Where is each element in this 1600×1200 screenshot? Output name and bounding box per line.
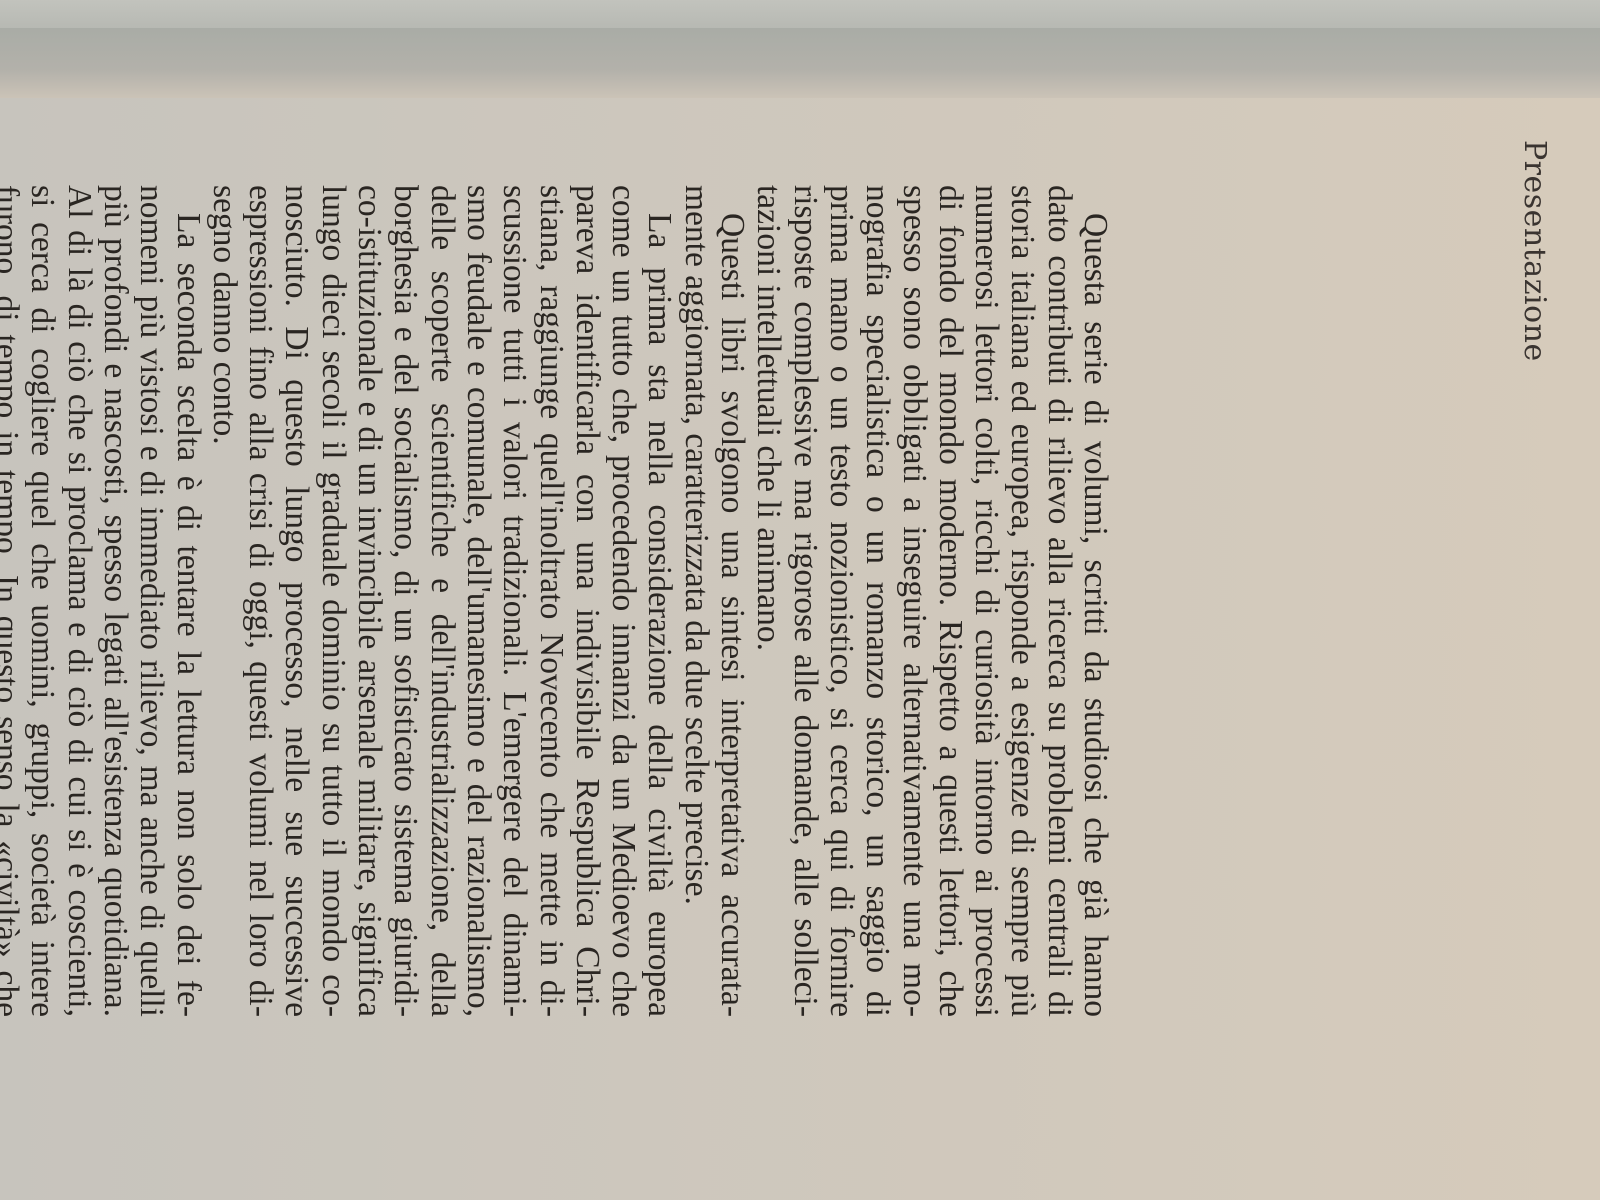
text-line: delle scoperte scientifiche e dell'indus… bbox=[423, 185, 459, 1017]
text-line: come un tutto che, procedendo innanzi da… bbox=[605, 185, 641, 1017]
text-line: numerosi lettori colti, ricchi di curios… bbox=[968, 185, 1004, 1017]
book-page: Presentazione Questa serie di volumi, sc… bbox=[0, 0, 1600, 1200]
text-line: segno danno conto. bbox=[206, 185, 242, 1017]
text-line: borghesia e del socialismo, di un sofist… bbox=[387, 185, 423, 1017]
text-line: spesso sono obbligati a inseguire altern… bbox=[895, 185, 931, 1017]
text-line: stiana, raggiunge quell'inoltrato Novece… bbox=[532, 185, 568, 1017]
text-line: prima mano o un testo nozionistico, si c… bbox=[823, 185, 859, 1017]
text-line: La seconda scelta è di tentare la lettur… bbox=[169, 185, 205, 1017]
text-line: risposte complessive ma rigorose alle do… bbox=[786, 185, 822, 1017]
text-line: più profondi e nascosti, spesso legati a… bbox=[97, 185, 133, 1017]
text-line: dato contributi di rilievo alla ricerca … bbox=[1040, 185, 1076, 1017]
text-line: Questi libri svolgono una sintesi interp… bbox=[714, 185, 750, 1017]
text-line: co-istituzionale e di un invincibile ars… bbox=[351, 185, 387, 1017]
text-line: nosciuto. Di questo lungo processo, nell… bbox=[278, 185, 314, 1017]
text-line: mente aggiornata, caratterizzata da due … bbox=[677, 185, 713, 1017]
text-line: espressioni fino alla crisi di oggi, que… bbox=[242, 185, 278, 1017]
body-text: Questa serie di volumi, scritti da studi… bbox=[0, 185, 1113, 1017]
text-line: lungo dieci secoli il graduale dominio s… bbox=[314, 185, 350, 1017]
text-line: Questa serie di volumi, scritti da studi… bbox=[1077, 185, 1113, 1017]
text-line: smo feudale e comunale, dell'umanesimo e… bbox=[460, 185, 496, 1017]
running-head: Presentazione bbox=[1517, 140, 1552, 362]
text-line: storia italiana ed europea, risponde a e… bbox=[1004, 185, 1040, 1017]
text-line: pareva identificarla con una indivisibil… bbox=[569, 185, 605, 1017]
text-line: La prima sta nella considerazione della … bbox=[641, 185, 677, 1017]
text-line: furono, di tempo in tempo. In questo sen… bbox=[0, 185, 24, 1017]
text-line: tazioni intellettuali che li animano. bbox=[750, 185, 786, 1017]
text-line: nografia specialistica o un romanzo stor… bbox=[859, 185, 895, 1017]
text-line: si cerca di cogliere quel che uomini, gr… bbox=[24, 185, 60, 1017]
text-line: scussione tutti i valori tradizionali. L… bbox=[496, 185, 532, 1017]
text-line: nomeni più vistosi e di immediato riliev… bbox=[133, 185, 169, 1017]
text-line: Al di là di ciò che si proclama e di ciò… bbox=[60, 185, 96, 1017]
text-line: di fondo del mondo moderno. Rispetto a q… bbox=[932, 185, 968, 1017]
